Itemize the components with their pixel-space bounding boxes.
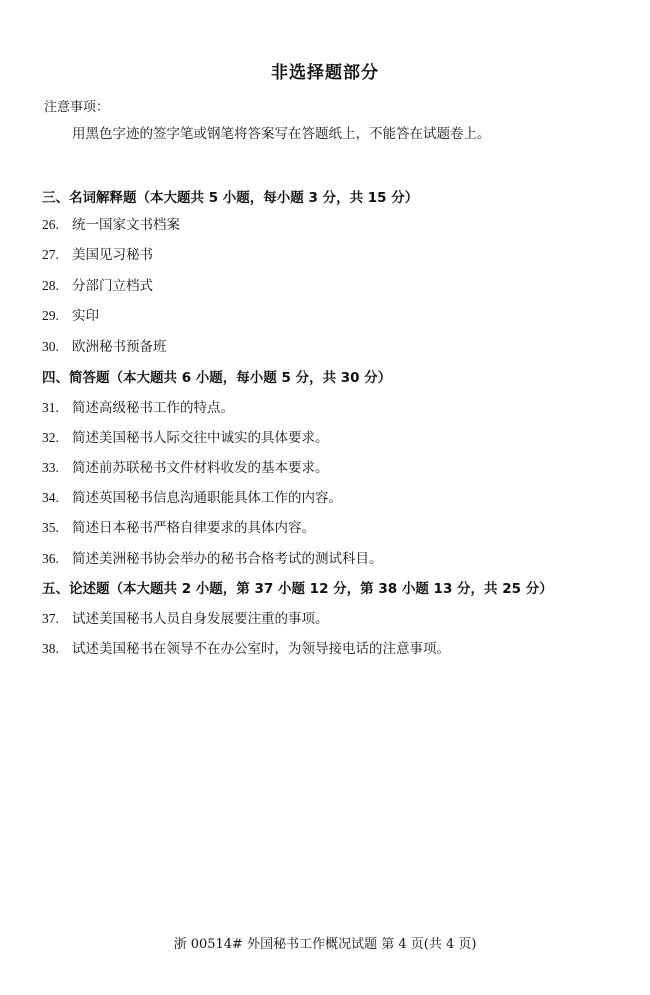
question-37: 37.试述美国秘书人员自身发展要注重的事项。 bbox=[42, 607, 329, 627]
question-number: 29. bbox=[42, 308, 72, 324]
question-31: 31.简述高级秘书工作的特点。 bbox=[42, 396, 234, 416]
notice-label: 注意事项： bbox=[44, 96, 109, 115]
question-text: 简述前苏联秘书文件材料收发的基本要求。 bbox=[72, 460, 329, 476]
question-33: 33.简述前苏联秘书文件材料收发的基本要求。 bbox=[42, 456, 329, 476]
question-number: 38. bbox=[42, 641, 72, 657]
question-text: 试述美国秘书在领导不在办公室时，为领导接电话的注意事项。 bbox=[72, 641, 450, 657]
question-29: 29.实印 bbox=[42, 304, 99, 324]
question-text: 欧洲秘书预备班 bbox=[72, 339, 167, 355]
question-number: 35. bbox=[42, 520, 72, 536]
question-number: 28. bbox=[42, 278, 72, 294]
question-26: 26.统一国家文书档案 bbox=[42, 213, 180, 233]
question-text: 实印 bbox=[72, 308, 99, 324]
question-number: 34. bbox=[42, 490, 72, 506]
question-text: 简述英国秘书信息沟通职能具体工作的内容。 bbox=[72, 490, 342, 506]
question-27: 27.美国见习秘书 bbox=[42, 243, 153, 263]
question-34: 34.简述英国秘书信息沟通职能具体工作的内容。 bbox=[42, 486, 342, 506]
page-title: 非选择题部分 bbox=[0, 58, 650, 83]
section-heading-4: 四、简答题（本大题共 6 小题，每小题 5 分，共 30 分） bbox=[42, 366, 391, 386]
question-number: 37. bbox=[42, 611, 72, 627]
question-35: 35.简述日本秘书严格自律要求的具体内容。 bbox=[42, 516, 315, 536]
question-text: 简述美洲秘书协会举办的秘书合格考试的测试科目。 bbox=[72, 551, 383, 567]
question-38: 38.试述美国秘书在领导不在办公室时，为领导接电话的注意事项。 bbox=[42, 637, 450, 657]
question-text: 分部门立档式 bbox=[72, 278, 153, 294]
question-32: 32.简述美国秘书人际交往中诚实的具体要求。 bbox=[42, 426, 329, 446]
question-number: 36. bbox=[42, 551, 72, 567]
question-number: 27. bbox=[42, 247, 72, 263]
question-text: 简述美国秘书人际交往中诚实的具体要求。 bbox=[72, 430, 329, 446]
question-number: 31. bbox=[42, 400, 72, 416]
question-28: 28.分部门立档式 bbox=[42, 274, 153, 294]
notice-text: 用黑色字迹的签字笔或钢笔将答案写在答题纸上，不能答在试题卷上。 bbox=[72, 122, 491, 142]
question-30: 30.欧洲秘书预备班 bbox=[42, 335, 167, 355]
question-number: 30. bbox=[42, 339, 72, 355]
section-heading-5: 五、论述题（本大题共 2 小题，第 37 小题 12 分，第 38 小题 13 … bbox=[42, 577, 553, 597]
question-number: 32. bbox=[42, 430, 72, 446]
question-text: 简述日本秘书严格自律要求的具体内容。 bbox=[72, 520, 315, 536]
question-text: 美国见习秘书 bbox=[72, 247, 153, 263]
question-text: 简述高级秘书工作的特点。 bbox=[72, 400, 234, 416]
question-text: 统一国家文书档案 bbox=[72, 217, 180, 233]
question-number: 33. bbox=[42, 460, 72, 476]
question-text: 试述美国秘书人员自身发展要注重的事项。 bbox=[72, 611, 329, 627]
section-heading-3: 三、名词解释题（本大题共 5 小题，每小题 3 分，共 15 分） bbox=[42, 186, 418, 206]
question-number: 26. bbox=[42, 217, 72, 233]
question-36: 36.简述美洲秘书协会举办的秘书合格考试的测试科目。 bbox=[42, 547, 383, 567]
page-footer: 浙 00514# 外国秘书工作概况试题 第 4 页(共 4 页) bbox=[0, 933, 650, 952]
